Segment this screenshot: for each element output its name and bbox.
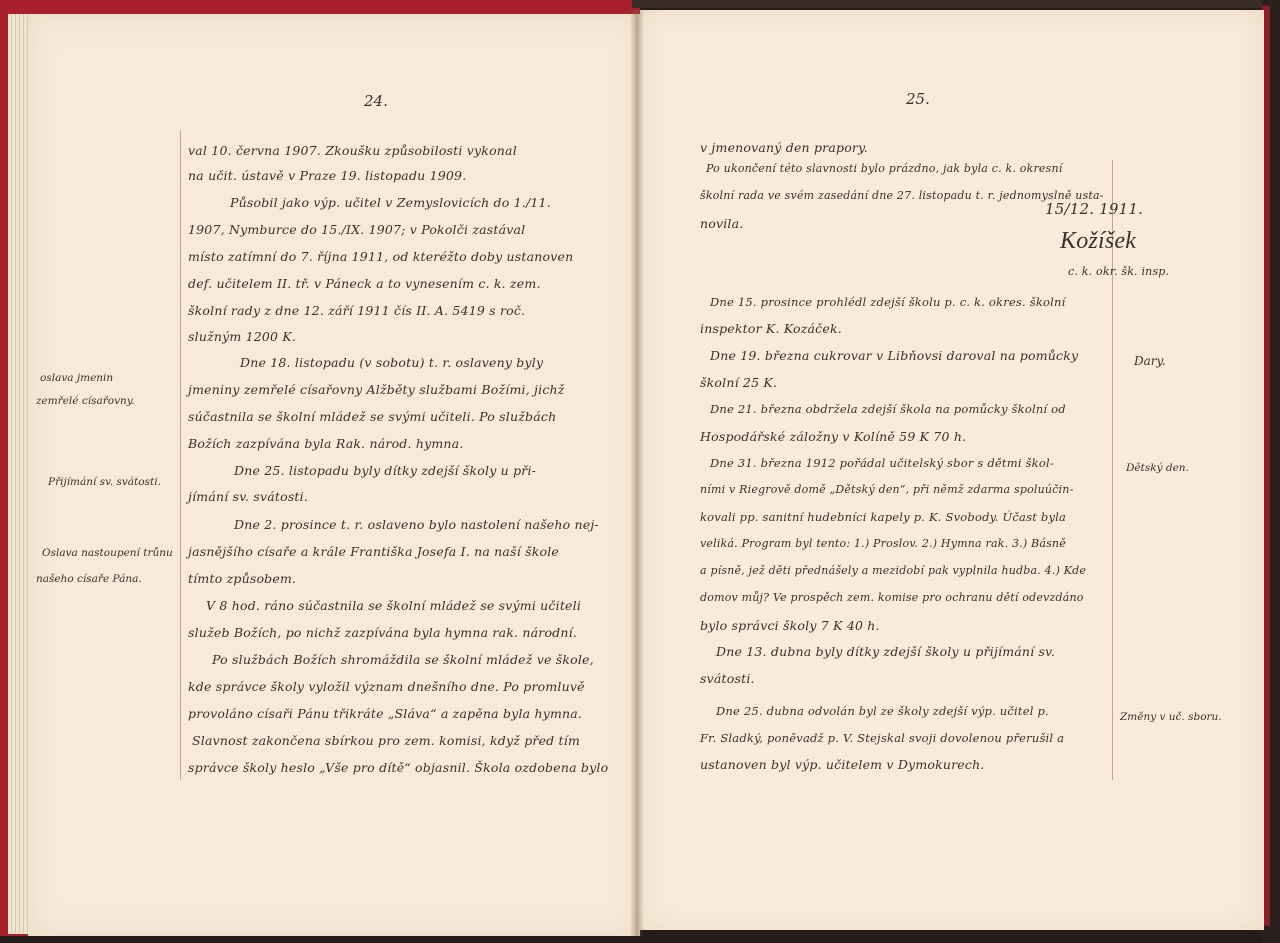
left-margin-note: Přijímání sv. svátosti. — [48, 476, 161, 488]
left-line: 1907, Nymburce do 15./IX. 1907; v Pokolč… — [188, 222, 525, 237]
left-margin-note: Oslava nastoupení trůnu — [42, 547, 173, 559]
left-margin-note: našeho císaře Pána. — [36, 573, 142, 585]
right-line: veliká. Program byl tento: 1.) Proslov. … — [700, 537, 1066, 550]
left-line: jmeniny zemřelé císařovny Alžběty služba… — [188, 382, 565, 397]
left-line: kde správce školy vyložil význam dnešníh… — [188, 679, 585, 694]
right-margin-note: Změny v uč. sboru. — [1120, 711, 1222, 723]
left-line: def. učitelem II. tř. v Páneck a to vyne… — [188, 276, 541, 291]
right-line: Dne 21. března obdržela zdejší škola na … — [710, 402, 1066, 416]
left-line: Slavnost zakončena sbírkou pro zem. komi… — [192, 733, 580, 748]
signature-date: 15/12. 1911. — [1045, 200, 1143, 218]
left-line: na učit. ústavě v Praze 19. listopadu 19… — [188, 168, 466, 183]
left-line: Božích zazpívána byla Rak. národ. hymna. — [188, 436, 464, 451]
right-line: Fr. Sladký, poněvadž p. V. Stejskal svoj… — [700, 731, 1064, 745]
right-margin-note: Dětský den. — [1126, 462, 1189, 474]
signature-title: c. k. okr. šk. insp. — [1068, 265, 1169, 278]
left-line: Po službách Božích shromáždila se školní… — [212, 652, 594, 667]
right-line: Dne 25. dubna odvolán byl ze školy zdejš… — [716, 704, 1049, 718]
right-line: Dne 19. března cukrovar v Libňovsi darov… — [710, 348, 1078, 363]
right-line: a písně, jež děti přednášely a mezidobí … — [700, 564, 1086, 577]
right-line: domov můj? Ve prospěch zem. komise pro o… — [700, 591, 1084, 604]
right-line: školní rada ve svém zasedání dne 27. lis… — [700, 189, 1104, 202]
left-line: provoláno císaři Pánu třikráte „Sláva“ a… — [188, 706, 582, 721]
right-line: Dne 31. března 1912 pořádal učitelský sb… — [710, 456, 1054, 470]
left-line: služným 1200 K. — [188, 329, 296, 344]
left-line: školní rady z dne 12. září 1911 čís II. … — [188, 303, 525, 318]
left-line: Působil jako výp. učitel v Zemyslovicích… — [230, 195, 551, 210]
right-line: v jmenovaný den prapory. — [700, 140, 868, 155]
left-line: jímání sv. svátosti. — [188, 489, 308, 504]
right-line: ustanoven byl výp. učitelem v Dymokurech… — [700, 757, 985, 772]
left-line: Dne 2. prosince t. r. oslaveno bylo nast… — [234, 517, 599, 532]
left-margin-rule — [180, 130, 181, 780]
right-line: školní 25 K. — [700, 375, 777, 390]
book-gutter — [630, 10, 644, 936]
right-margin-note: Dary. — [1134, 354, 1166, 368]
book-cover-right-top — [632, 0, 1280, 8]
right-line: svátosti. — [700, 671, 755, 686]
signature-name: Kožíšek — [1060, 228, 1136, 255]
right-line: kovali pp. sanitní hudebníci kapely p. K… — [700, 510, 1066, 524]
left-line: súčastnila se školní mládež se svými uči… — [188, 409, 556, 424]
right-line: Hospodářské záložny v Kolíně 59 K 70 h. — [700, 429, 966, 444]
left-line: služeb Božích, po nichž zazpívána byla h… — [188, 625, 577, 640]
right-line: Po ukončení této slavnosti bylo prázdno,… — [706, 162, 1062, 175]
left-line: Dne 18. listopadu (v sobotu) t. r. oslav… — [240, 355, 543, 370]
left-margin-note: oslava jmenin — [40, 372, 113, 384]
left-line: tímto způsobem. — [188, 571, 296, 586]
right-line: novila. — [700, 216, 743, 231]
left-line: místo zatímní do 7. října 1911, od které… — [188, 249, 573, 264]
left-line: Dne 25. listopadu byly dítky zdejší škol… — [234, 463, 536, 478]
left-page-number: 24. — [364, 92, 388, 110]
left-margin-note: zemřelé císařovny. — [36, 395, 135, 407]
right-line: Dne 13. dubna byly dítky zdejší školy u … — [716, 644, 1055, 659]
left-line: jasnějšího císaře a krále Františka Jose… — [188, 544, 559, 559]
right-line: Dne 15. prosince prohlédl zdejší školu p… — [710, 295, 1066, 309]
right-line: bylo správci školy 7 K 40 h. — [700, 618, 880, 633]
right-line: inspektor K. Kozáček. — [700, 321, 842, 336]
right-line: ními v Riegrově domě „Dětský den“, při n… — [700, 483, 1073, 496]
left-line: správce školy heslo „Vše pro dítě“ objas… — [188, 760, 608, 775]
left-line: V 8 hod. ráno súčastnila se školní mláde… — [206, 598, 581, 613]
left-line: val 10. června 1907. Zkoušku způsobilost… — [188, 143, 517, 158]
right-page-number: 25. — [906, 90, 930, 108]
